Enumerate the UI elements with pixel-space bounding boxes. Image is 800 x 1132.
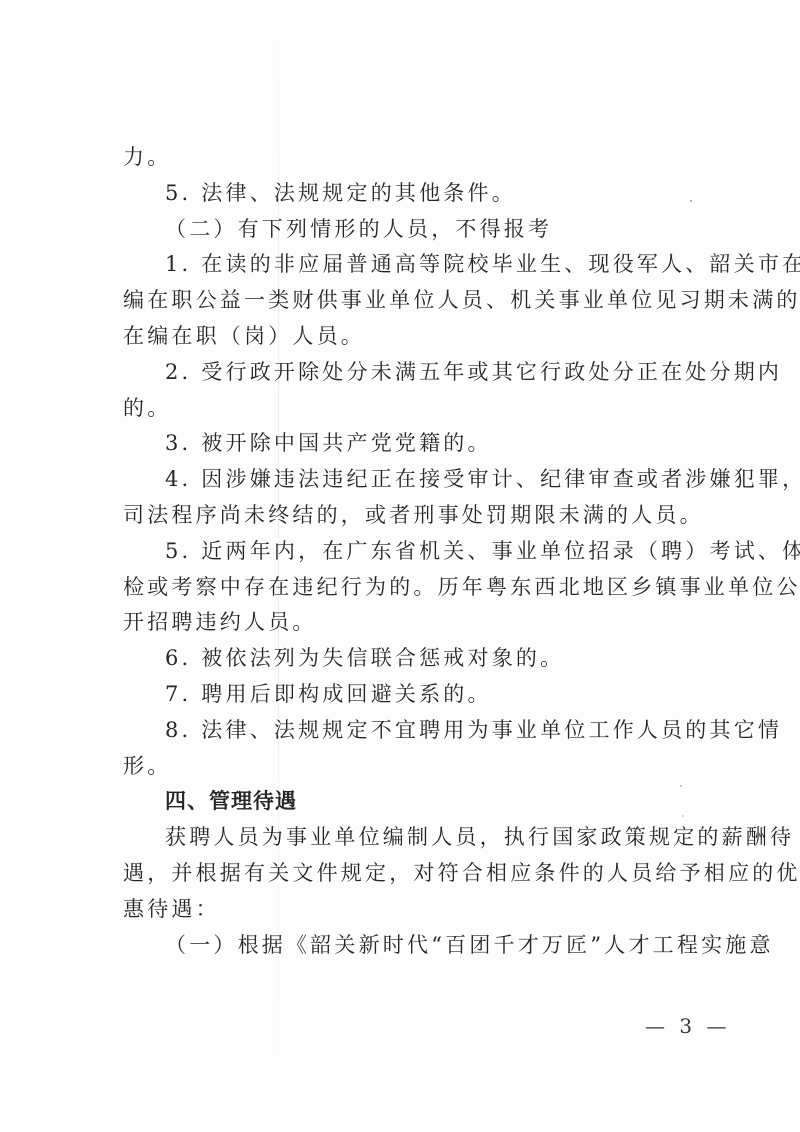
text-line-continuation: 力。 (123, 140, 715, 176)
exclusion-item-1-cont: 编在职公益一类财供事业单位人员、机关事业单位见习期未满的 (123, 283, 715, 319)
exclusion-item-2: 2. 受行政开除处分未满五年或其它行政处分正在处分期内 (123, 355, 715, 391)
exclusion-item-2-cont: 的。 (123, 391, 715, 427)
section-subheading-2: （二）有下列情形的人员，不得报考 (123, 212, 715, 248)
scan-speck (680, 785, 682, 787)
exclusion-item-8: 8. 法律、法规规定不宜聘用为事业单位工作人员的其它情 (123, 713, 715, 749)
condition-item-5: 5. 法律、法规规定的其他条件。 (123, 176, 715, 212)
exclusion-item-3: 3. 被开除中国共产党党籍的。 (123, 426, 715, 462)
exclusion-item-5-cont: 开招聘违约人员。 (123, 605, 715, 641)
exclusion-item-1-cont: 在编在职（岗）人员。 (123, 319, 715, 355)
exclusion-item-6: 6. 被依法列为失信联合惩戒对象的。 (123, 641, 715, 677)
document-page: 力。 5. 法律、法规规定的其他条件。 （二）有下列情形的人员，不得报考 1. … (0, 0, 800, 1132)
document-body: 力。 5. 法律、法规规定的其他条件。 （二）有下列情形的人员，不得报考 1. … (123, 140, 715, 963)
scan-speck (690, 200, 692, 202)
exclusion-item-4: 4. 因涉嫌违法违纪正在接受审计、纪律审查或者涉嫌犯罪， (123, 462, 715, 498)
exclusion-item-5-cont: 检或考察中存在违纪行为的。历年粤东西北地区乡镇事业单位公 (123, 570, 715, 606)
exclusion-item-4-cont: 司法程序尚未终结的，或者刑事处罚期限未满的人员。 (123, 498, 715, 534)
exclusion-item-1: 1. 在读的非应届普通高等院校毕业生、现役军人、韶关市在 (123, 247, 715, 283)
page-number: — 3 — (645, 1014, 730, 1038)
scan-speck (682, 815, 684, 817)
treatment-item-1: （一）根据《韶关新时代“百团千才万匠”人才工程实施意 (123, 928, 715, 964)
treatment-paragraph-cont: 惠待遇： (123, 892, 715, 928)
exclusion-item-5: 5. 近两年内，在广东省机关、事业单位招录（聘）考试、体 (123, 534, 715, 570)
treatment-paragraph: 获聘人员为事业单位编制人员，执行国家政策规定的薪酬待 (123, 820, 715, 856)
exclusion-item-8-cont: 形。 (123, 749, 715, 785)
section-heading-4: 四、管理待遇 (123, 784, 715, 820)
exclusion-item-7: 7. 聘用后即构成回避关系的。 (123, 677, 715, 713)
treatment-paragraph-cont: 遇，并根据有关文件规定，对符合相应条件的人员给予相应的优 (123, 856, 715, 892)
